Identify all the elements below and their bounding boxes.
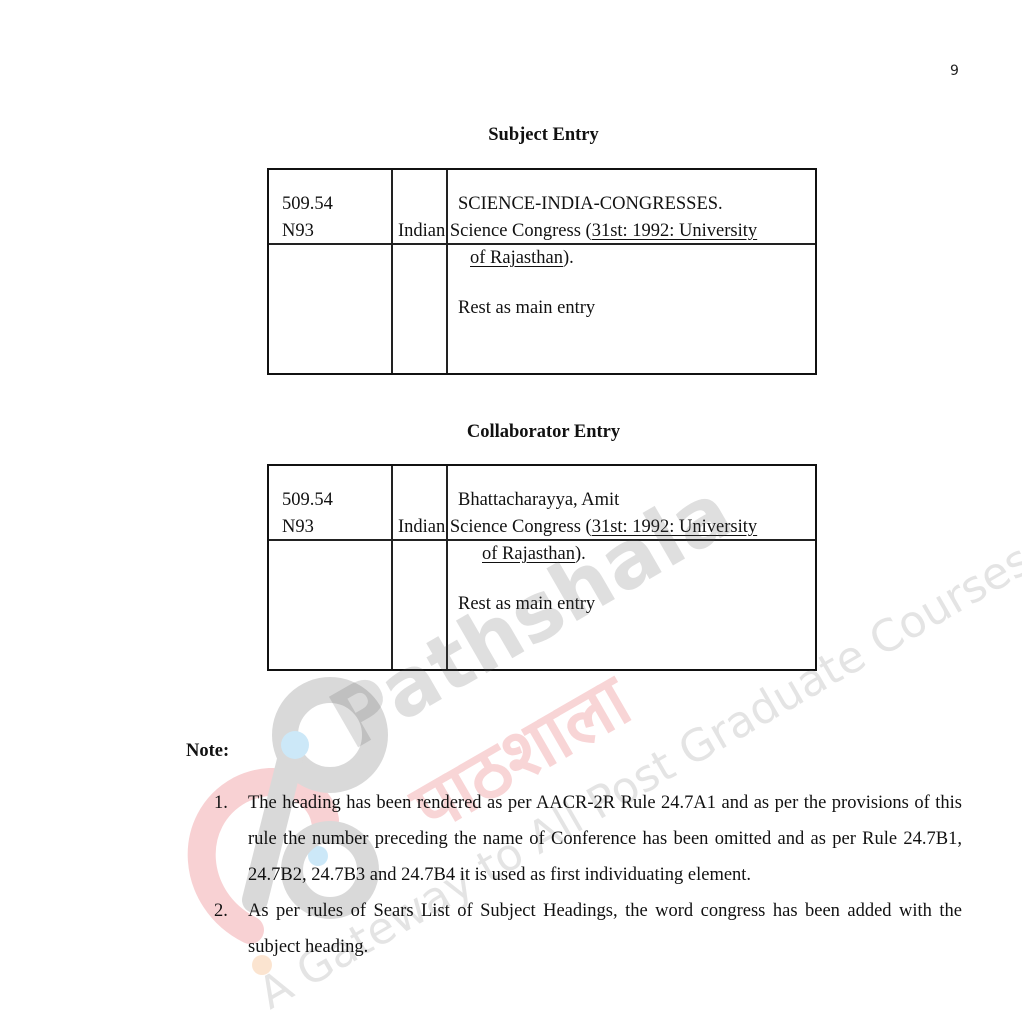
main-entry-underlined: of Rajasthan <box>482 544 575 564</box>
card-divider <box>391 466 393 669</box>
subject-entry-title: Subject Entry <box>268 125 819 146</box>
note-label: Note: <box>186 741 229 762</box>
subject-entry-card: 509.54 N93 SCIENCE-INDIA-CONGRESSES. Ind… <box>267 168 817 375</box>
main-entry-line2: of Rajasthan). <box>470 245 574 272</box>
rest-as-main-entry: Rest as main entry <box>458 295 595 322</box>
main-entry-underlined: 31st: 1992: University <box>592 221 757 241</box>
main-entry-line1: Indian Science Congress (31st: 1992: Uni… <box>398 218 757 245</box>
note-item-number: 2. <box>214 893 228 929</box>
main-entry-underlined: of Rajasthan <box>470 248 563 268</box>
main-entry-prefix: Indian Science Congress ( <box>398 221 592 241</box>
main-entry-suffix: ). <box>563 248 574 268</box>
main-entry-prefix: Indian Science Congress ( <box>398 517 592 537</box>
card-divider <box>446 466 448 669</box>
card-divider <box>446 170 448 373</box>
rest-as-main-entry: Rest as main entry <box>458 591 595 618</box>
note-item-number: 1. <box>214 785 228 821</box>
main-entry-line2: of Rajasthan). <box>482 541 586 568</box>
call-number-class: 509.54 <box>282 191 333 218</box>
logo-dot-icon <box>281 731 309 759</box>
call-number-class: 509.54 <box>282 487 333 514</box>
note-item-text: As per rules of Sears List of Subject He… <box>248 901 962 957</box>
subject-heading: SCIENCE-INDIA-CONGRESSES. <box>458 191 723 218</box>
call-number-book: N93 <box>282 514 314 541</box>
card-divider <box>391 170 393 373</box>
collaborator-heading: Bhattacharayya, Amit <box>458 487 619 514</box>
collaborator-entry-card: 509.54 N93 Bhattacharayya, Amit Indian S… <box>267 464 817 671</box>
main-entry-line1: Indian Science Congress (31st: 1992: Uni… <box>398 514 757 541</box>
note-list: 1. The heading has been rendered as per … <box>214 785 962 965</box>
main-entry-suffix: ). <box>575 544 586 564</box>
note-item: 2. As per rules of Sears List of Subject… <box>214 893 962 965</box>
page-number: 9 <box>950 63 959 79</box>
collaborator-entry-title: Collaborator Entry <box>268 422 819 443</box>
logo-p-icon <box>285 690 375 780</box>
note-item-text: The heading has been rendered as per AAC… <box>248 793 962 885</box>
main-entry-underlined: 31st: 1992: University <box>592 517 757 537</box>
call-number-book: N93 <box>282 218 314 245</box>
note-item: 1. The heading has been rendered as per … <box>214 785 962 893</box>
